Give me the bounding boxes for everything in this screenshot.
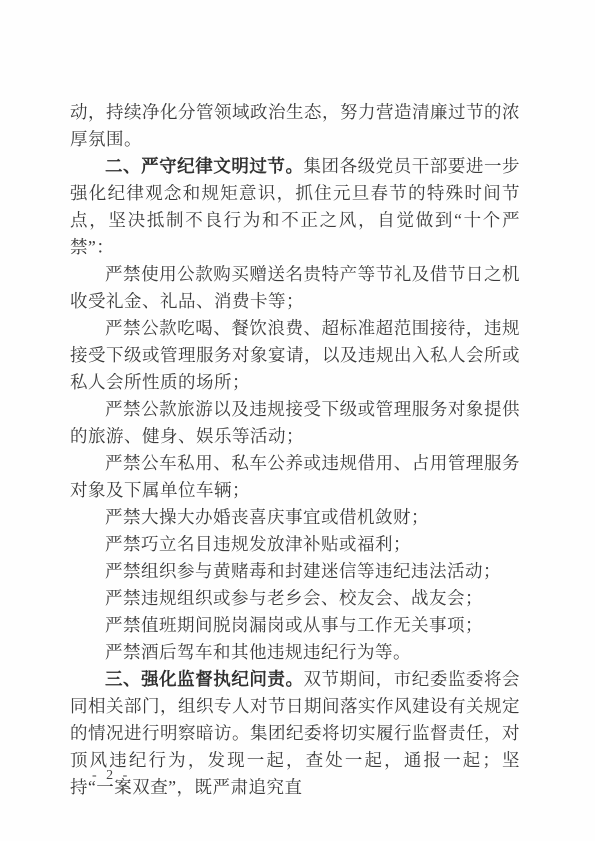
body-paragraph: 严禁公款旅游以及违规接受下级或管理服务对象提供的旅游、健身、娱乐等活动；: [70, 396, 520, 450]
body-paragraph: 严禁酒后驾车和其他违规违纪行为等。: [70, 639, 520, 666]
body-paragraph: 严禁违规组织或参与老乡会、校友会、战友会；: [70, 585, 520, 612]
body-paragraph: 严禁使用公款购买赠送名贵特产等节礼及借节日之机收受礼金、礼品、消费卡等；: [70, 261, 520, 315]
body-paragraph: 严禁巧立名目违规发放津补贴或福利；: [70, 531, 520, 558]
paragraph-text: 严禁值班期间脱岗漏岗或从事与工作无关事项；: [105, 615, 483, 635]
paragraph-text: 严禁违规组织或参与老乡会、校友会、战友会；: [105, 588, 483, 608]
body-paragraph: 严禁公款吃喝、餐饮浪费、超标准超范围接待，违规接受下级或管理服务对象宴请，以及违…: [70, 315, 520, 396]
paragraph-text: 动，持续净化分管领域政治生态，努力营造清廉过节的浓厚氛围。: [70, 102, 520, 149]
body-paragraph: 严禁大操大办婚丧喜庆事宜或借机敛财；: [70, 504, 520, 531]
section-heading: 二、严守纪律文明过节。: [105, 156, 304, 176]
paragraph-text: 严禁公款旅游以及违规接受下级或管理服务对象提供的旅游、健身、娱乐等活动；: [70, 399, 520, 446]
document-page: 动，持续净化分管领域政治生态，努力营造清廉过节的浓厚氛围。二、严守纪律文明过节。…: [0, 0, 595, 841]
body-paragraph: 动，持续净化分管领域政治生态，努力营造清廉过节的浓厚氛围。: [70, 99, 520, 153]
page-number: - 2 -: [92, 768, 130, 784]
paragraph-text: 严禁巧立名目违规发放津补贴或福利；: [105, 534, 411, 554]
body-paragraph: 严禁组织参与黄赌毒和封建迷信等违纪违法活动；: [70, 558, 520, 585]
paragraph-text: 严禁大操大办婚丧喜庆事宜或借机敛财；: [105, 507, 429, 527]
paragraph-text: 严禁使用公款购买赠送名贵特产等节礼及借节日之机收受礼金、礼品、消费卡等；: [70, 264, 520, 311]
paragraph-text: 严禁组织参与黄赌毒和封建迷信等违纪违法活动；: [105, 561, 501, 581]
body-paragraph: 严禁值班期间脱岗漏岗或从事与工作无关事项；: [70, 612, 520, 639]
paragraph-text: 严禁公车私用、私车公养或违规借用、占用管理服务对象及下属单位车辆；: [70, 453, 520, 500]
paragraph-text: 严禁公款吃喝、餐饮浪费、超标准超范围接待，违规接受下级或管理服务对象宴请，以及违…: [70, 318, 520, 392]
document-body: 动，持续净化分管领域政治生态，努力营造清廉过节的浓厚氛围。二、严守纪律文明过节。…: [70, 99, 520, 801]
section-heading: 三、强化监督执纪问责。: [105, 669, 304, 689]
section-paragraph: 二、严守纪律文明过节。集团各级党员干部要进一步强化纪律观念和规矩意识，抓住元旦春…: [70, 153, 520, 261]
body-paragraph: 严禁公车私用、私车公养或违规借用、占用管理服务对象及下属单位车辆；: [70, 450, 520, 504]
section-paragraph: 三、强化监督执纪问责。双节期间，市纪委监委将会同相关部门，组织专人对节日期间落实…: [70, 666, 520, 801]
paragraph-text: 严禁酒后驾车和其他违规违纪行为等。: [105, 642, 411, 662]
